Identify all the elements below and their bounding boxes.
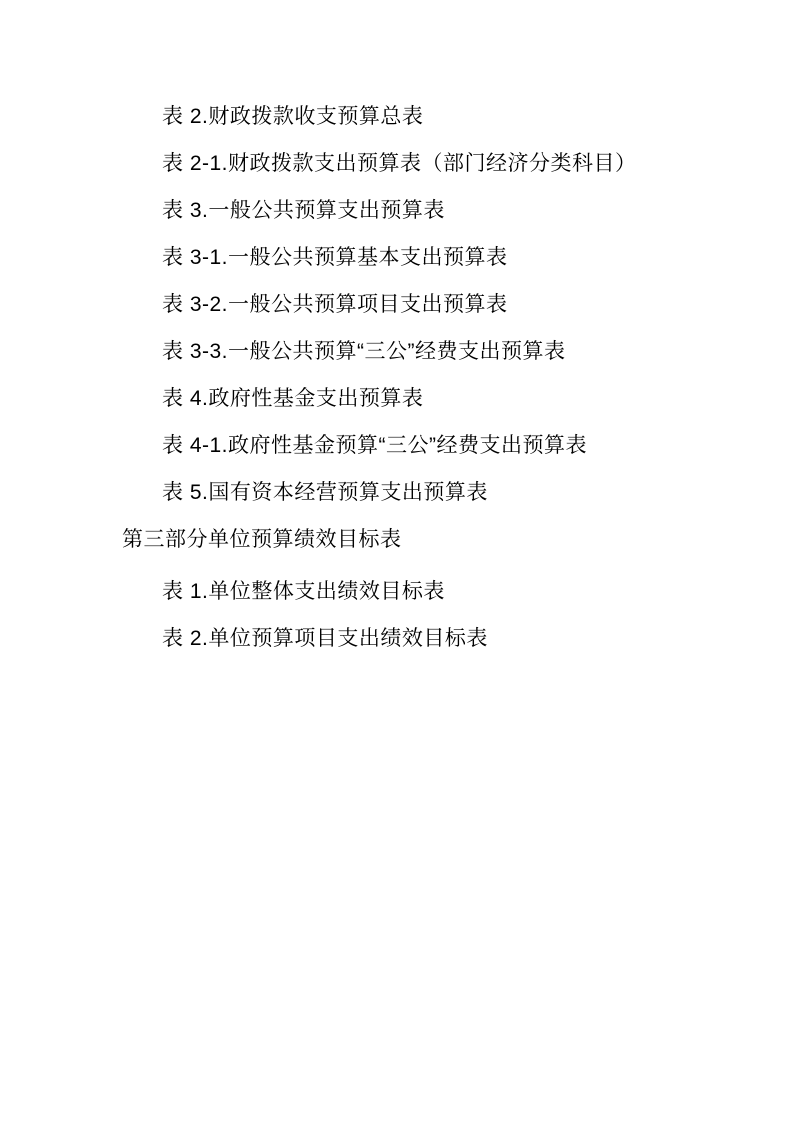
toc-entry-table-5: 表 5.国有资本经营预算支出预算表 [0,469,794,516]
toc-entry-table-3-1: 表 3-1.一般公共预算基本支出预算表 [0,234,794,281]
toc-entry-table-3-2: 表 3-2.一般公共预算项目支出预算表 [0,281,794,328]
toc-entry-table-2: 表 2.财政拨款收支预算总表 [0,93,794,140]
toc-entry-perf-table-1: 表 1.单位整体支出绩效目标表 [0,568,794,615]
table-of-contents: 表 2.财政拨款收支预算总表 表 2-1.财政拨款支出预算表（部门经济分类科目）… [0,93,794,662]
toc-entry-table-2-1: 表 2-1.财政拨款支出预算表（部门经济分类科目） [0,140,794,187]
toc-entry-table-4-1: 表 4-1.政府性基金预算“三公”经费支出预算表 [0,422,794,469]
toc-entry-perf-table-2: 表 2.单位预算项目支出绩效目标表 [0,615,794,662]
toc-entry-table-3-3: 表 3-3.一般公共预算“三公”经费支出预算表 [0,328,794,375]
document-page: 表 2.财政拨款收支预算总表 表 2-1.财政拨款支出预算表（部门经济分类科目）… [0,0,794,1122]
toc-entry-table-3: 表 3.一般公共预算支出预算表 [0,187,794,234]
toc-entry-table-4: 表 4.政府性基金支出预算表 [0,375,794,422]
section-heading-part-3: 第三部分单位预算绩效目标表 [0,516,794,563]
